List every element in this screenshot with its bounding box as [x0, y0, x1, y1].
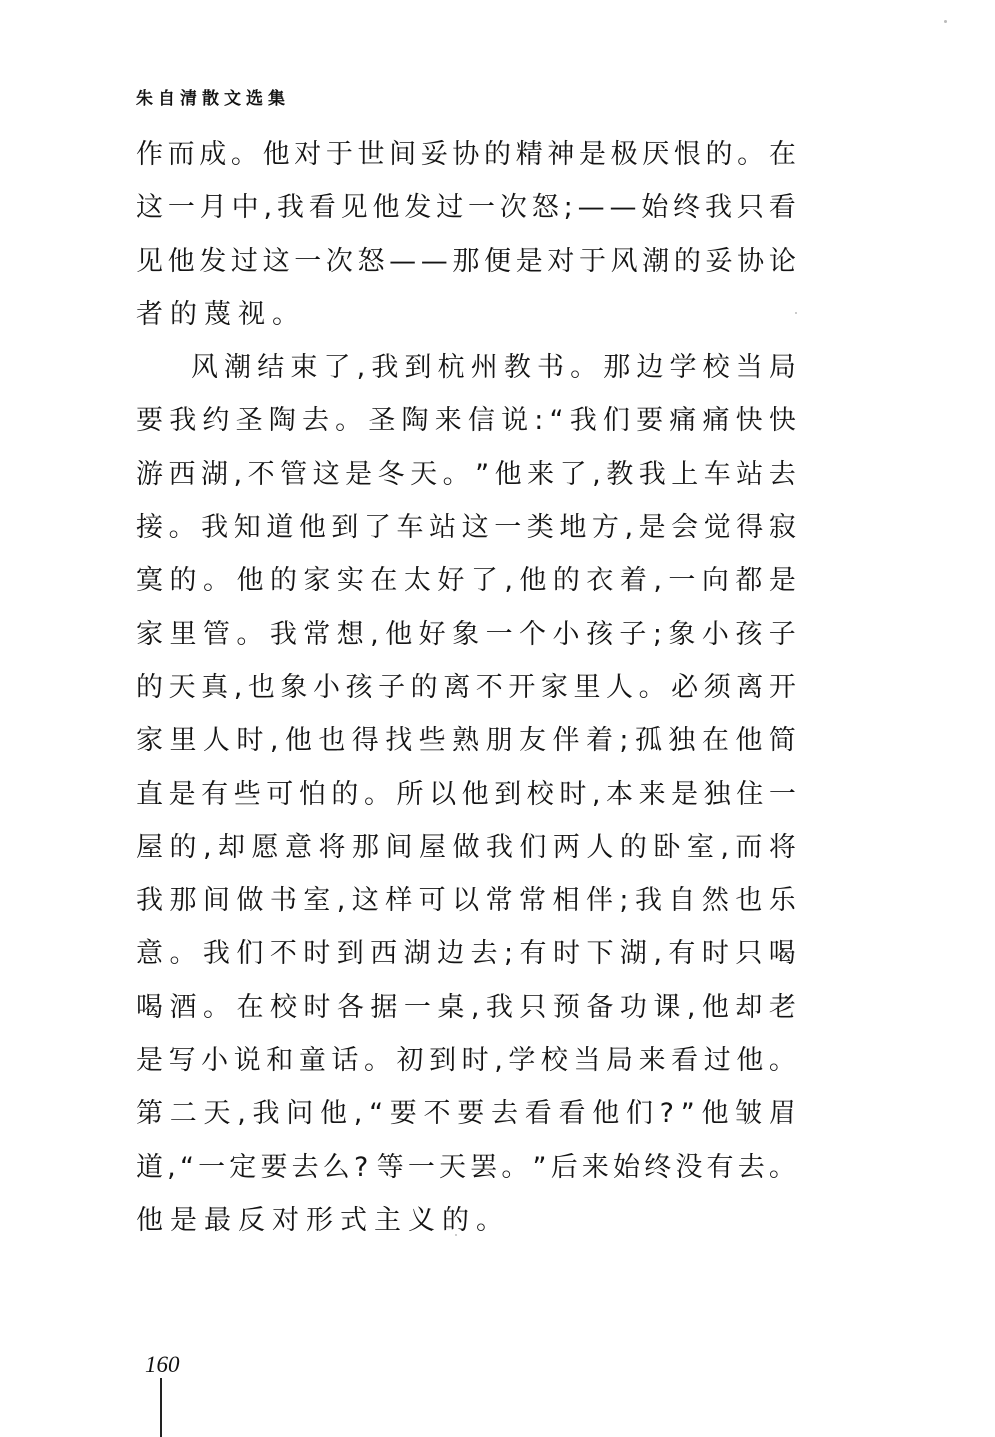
scan-speck — [944, 20, 947, 23]
text-line: 第二天,我问他,“要不要去看看他们?”他皱眉 — [136, 1094, 796, 1147]
text-line: 他是最反对形式主义的。 — [136, 1201, 796, 1254]
text-line: 游西湖,不管这是冬天。”他来了,教我上车站去 — [136, 455, 796, 508]
text-line: 接。我知道他到了车站这一类地方,是会觉得寂 — [136, 508, 796, 561]
text-line: 意。我们不时到西湖边去;有时下湖,有时只喝 — [136, 934, 796, 987]
text-line: 风潮结束了,我到杭州教书。那边学校当局 — [136, 348, 796, 401]
text-line: 要我约圣陶去。圣陶来信说:“我们要痛痛快快 — [136, 401, 796, 454]
text-line: 我那间做书室,这样可以常常相伴;我自然也乐 — [136, 881, 796, 934]
text-line: 者的蔑视。 — [136, 295, 796, 348]
scan-speck — [455, 1234, 457, 1236]
text-line: 作而成。他对于世间妥协的精神是极厌恨的。在 — [136, 135, 796, 188]
text-line: 道,“一定要去么? 等一天罢。”后来始终没有去。 — [136, 1148, 796, 1201]
text-line: 家里管。我常想,他好象一个小孩子;象小孩子 — [136, 615, 796, 668]
page-number: 160 — [145, 1352, 180, 1378]
margin-rule — [160, 1378, 162, 1437]
text-line: 喝酒。在校时各据一桌,我只预备功课,他却老 — [136, 988, 796, 1041]
running-header-title: 朱自清散文选集 — [136, 84, 290, 109]
text-line: 屋的,却愿意将那间屋做我们两人的卧室,而将 — [136, 828, 796, 881]
book-page: 朱自清散文选集 作而成。他对于世间妥协的精神是极厌恨的。在这一月中,我看见他发过… — [0, 0, 995, 1437]
text-line: 寞的。他的家实在太好了,他的衣着,一向都是 — [136, 561, 796, 614]
body-text: 作而成。他对于世间妥协的精神是极厌恨的。在这一月中,我看见他发过一次怒;——始终… — [136, 135, 796, 1254]
text-line: 这一月中,我看见他发过一次怒;——始终我只看 — [136, 188, 796, 241]
scan-speck — [795, 312, 797, 314]
text-line: 家里人时,他也得找些熟朋友伴着;孤独在他简 — [136, 721, 796, 774]
text-line: 见他发过这一次怒——那便是对于风潮的妥协论 — [136, 242, 796, 295]
text-line: 是写小说和童话。初到时,学校当局来看过他。 — [136, 1041, 796, 1094]
text-line: 的天真,也象小孩子的离不开家里人。必须离开 — [136, 668, 796, 721]
text-line: 直是有些可怕的。所以他到校时,本来是独住一 — [136, 775, 796, 828]
